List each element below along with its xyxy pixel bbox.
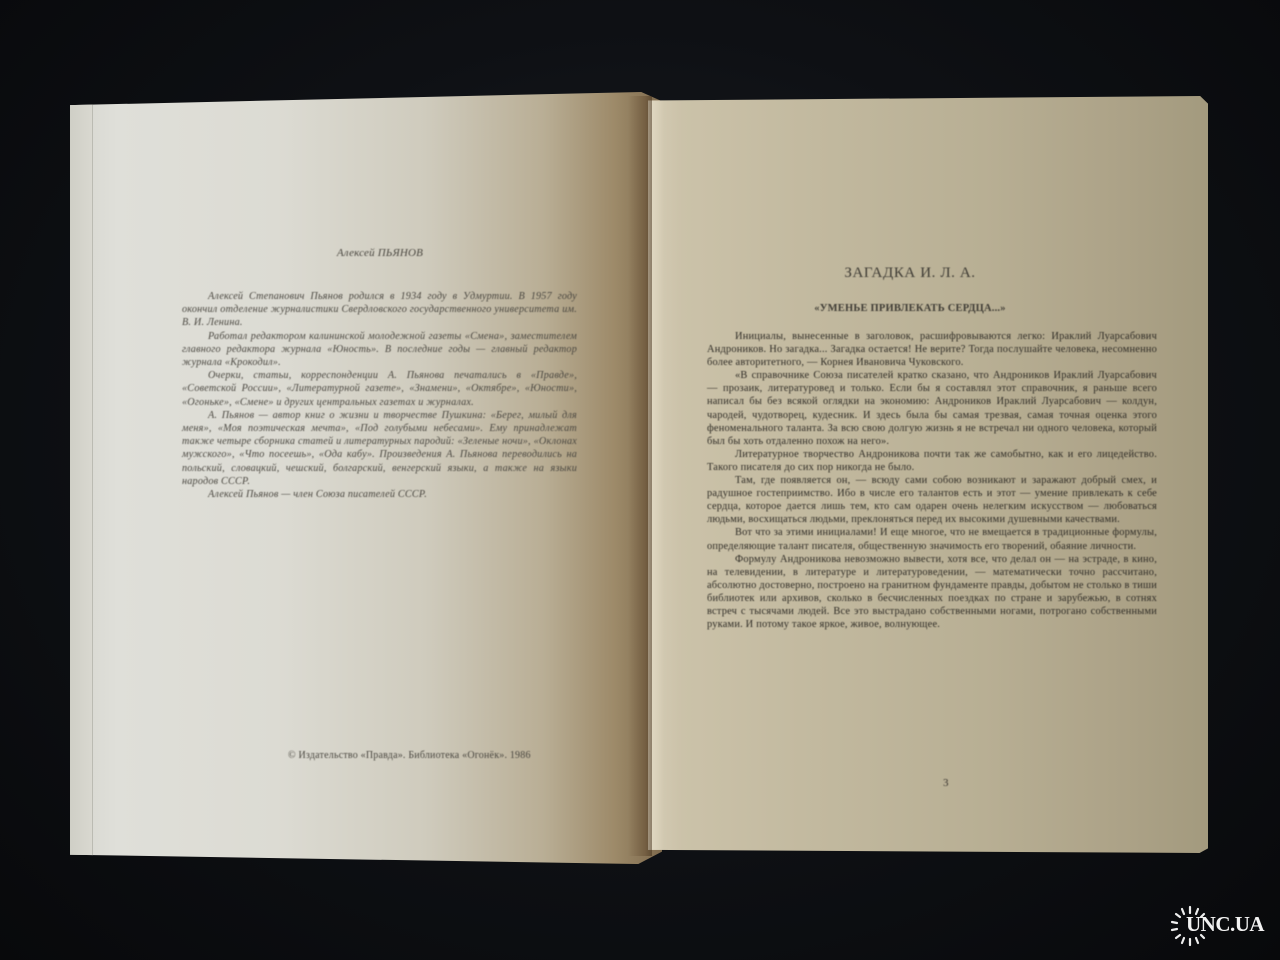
author-heading: Алексей ПЬЯНОВ bbox=[235, 247, 525, 259]
body-paragraph: Инициалы, вынесенные в заголовок, расшиф… bbox=[707, 330, 1157, 369]
bio-paragraph: А. Пьянов — автор книг о жизни и творчес… bbox=[182, 409, 577, 488]
body-paragraph: Там, где появляется он, — всюду сами соб… bbox=[707, 474, 1157, 526]
body-paragraph: «В справочнике Союза писателей кратко ск… bbox=[707, 369, 1157, 448]
watermark-text: UNC.UA bbox=[1186, 912, 1264, 937]
copyright-notice: © Издательство «Правда». Библиотека «Ого… bbox=[288, 750, 628, 761]
bio-paragraph: Алексей Степанович Пьянов родился в 1934… bbox=[182, 290, 577, 330]
body-paragraph: Формулу Андроникова невозможно вывести, … bbox=[707, 553, 1157, 632]
author-biography: Алексей Степанович Пьянов родился в 1934… bbox=[182, 290, 577, 501]
bio-paragraph: Работал редактором калининской молодежно… bbox=[182, 330, 577, 370]
bio-paragraph: Алексей Пьянов — член Союза писателей СС… bbox=[182, 488, 577, 501]
chapter-body: Инициалы, вынесенные в заголовок, расшиф… bbox=[707, 330, 1157, 631]
body-paragraph: Литературное творчество Андроникова почт… bbox=[707, 448, 1157, 474]
chapter-subtitle: «УМЕНЬЕ ПРИВЛЕКАТЬ СЕРДЦА...» bbox=[745, 303, 1075, 314]
body-paragraph: Вот что за этими инициалами! И еще много… bbox=[707, 526, 1157, 552]
watermark: UNC.UA bbox=[1168, 902, 1278, 952]
page-number: 3 bbox=[943, 777, 949, 789]
gutter-highlight bbox=[648, 96, 664, 856]
chapter-title: ЗАГАДКА И. Л. А. bbox=[790, 265, 1030, 282]
page-edge bbox=[70, 92, 93, 864]
bio-paragraph: Очерки, статьи, корреспонденции А. Пьяно… bbox=[182, 369, 577, 409]
